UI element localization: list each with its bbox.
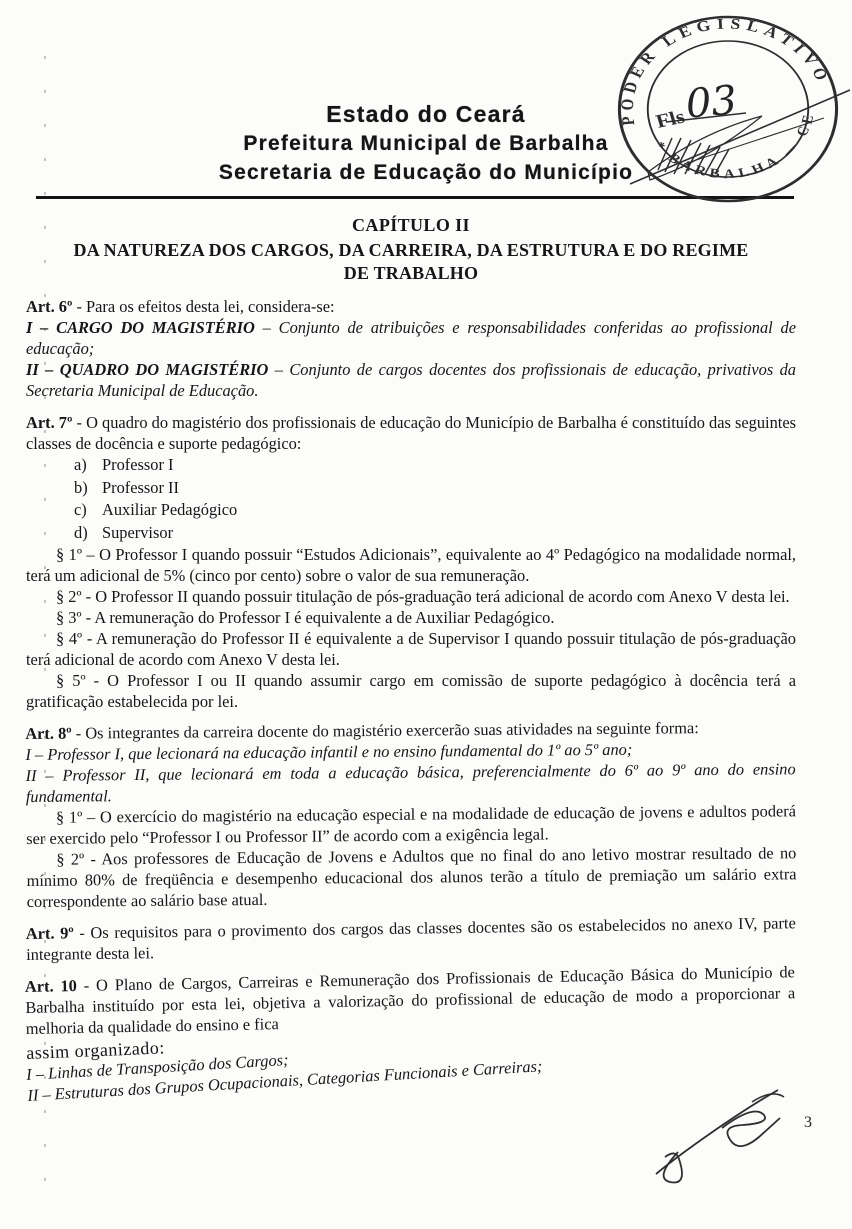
article-10-label: Art. 10 [25, 976, 77, 996]
stamp-fls-label: Fls [653, 106, 687, 132]
scanned-document-page: Estado do Ceará Prefeitura Municipal de … [0, 0, 852, 1229]
list-letter-b: b) [74, 477, 102, 500]
legislative-stamp-icon: PODER LEGISLATIVO * BARBALHA — CE Fls 03 [588, 12, 852, 208]
article-6-item-2-lead: II – QUADRO DO MAGISTÉRIO [26, 360, 268, 379]
chapter-heading: CAPÍTULO II DA NATUREZA DOS CARGOS, DA C… [26, 215, 796, 285]
list-letter-a: a) [74, 454, 102, 477]
article-7-paragraph-2: § 2º - O Professor II quando possuir tit… [26, 586, 796, 607]
signature-initials-icon [646, 1080, 802, 1184]
article-7-label: Art. 7º [26, 413, 72, 432]
article-8-paragraph-1: § 1º – O exercício do magistério na educ… [26, 800, 796, 849]
article-9-label: Art. 9º [26, 923, 74, 943]
article-6-item-1: I – CARGO DO MAGISTÉRIO – Conjunto de at… [26, 317, 796, 359]
signature-loop-middle [722, 1112, 780, 1147]
article-8-item-2: II – Professor II, que lecionará em toda… [26, 758, 796, 807]
article-6-text: - Para os efeitos desta lei, considera-s… [72, 297, 334, 316]
article-7-text: - O quadro do magistério dos profissiona… [26, 413, 796, 453]
article-7: Art. 7º - O quadro do magistério dos pro… [26, 412, 796, 712]
article-6-caput: Art. 6º - Para os efeitos desta lei, con… [26, 296, 796, 317]
article-6-item-1-lead: I – CARGO DO MAGISTÉRIO [26, 318, 255, 337]
article-7-paragraph-4: § 4º - A remuneração do Professor II é e… [26, 628, 796, 670]
article-8-paragraph-2: § 2º - Aos professores de Educação de Jo… [26, 842, 797, 912]
article-7-list-item-d: d)Supervisor [26, 522, 796, 545]
article-7-caput: Art. 7º - O quadro do magistério dos pro… [26, 412, 796, 454]
article-6-label: Art. 6º [26, 297, 72, 316]
list-value-a: Professor I [102, 455, 173, 474]
article-7-paragraph-3: § 3º - A remuneração do Professor I é eq… [26, 607, 796, 628]
article-9: Art. 9º - Os requisitos para o proviment… [26, 912, 797, 965]
chapter-subtitle-line1: DA NATUREZA DOS CARGOS, DA CARREIRA, DA … [26, 239, 796, 262]
list-value-d: Supervisor [102, 523, 173, 542]
stamp-page-number-handwritten: 03 [684, 77, 739, 127]
article-7-paragraph-1: § 1º – O Professor I quando possuir “Est… [26, 544, 796, 586]
signature-stroke-main [656, 1090, 778, 1174]
list-letter-d: d) [74, 522, 102, 545]
article-6-item-2: II – QUADRO DO MAGISTÉRIO – Conjunto de … [26, 359, 796, 401]
chapter-subtitle-line2: DE TRABALHO [26, 262, 796, 285]
document-body: CAPÍTULO II DA NATUREZA DOS CARGOS, DA C… [26, 215, 796, 1106]
article-9-caput: Art. 9º - Os requisitos para o proviment… [26, 912, 797, 965]
article-8-label: Art. 8º [25, 724, 72, 743]
article-7-list-item-b: b)Professor II [26, 477, 796, 500]
list-value-c: Auxiliar Pedagógico [102, 500, 237, 519]
article-6: Art. 6º - Para os efeitos desta lei, con… [26, 296, 796, 401]
signature-flourish-top [752, 1094, 784, 1102]
page-number: 3 [804, 1114, 812, 1132]
chapter-title: CAPÍTULO II [26, 215, 796, 236]
article-8: Art. 8º - Os integrantes da carreira doc… [25, 716, 797, 912]
article-9-text: - Os requisitos para o provimento dos ca… [26, 913, 796, 964]
article-7-paragraph-5: § 5º - O Professor I ou II quando assumi… [26, 670, 796, 712]
article-7-list-item-c: c)Auxiliar Pedagógico [26, 499, 796, 522]
list-value-b: Professor II [102, 478, 179, 497]
article-7-list-item-a: a)Professor I [26, 454, 796, 477]
list-letter-c: c) [74, 499, 102, 522]
